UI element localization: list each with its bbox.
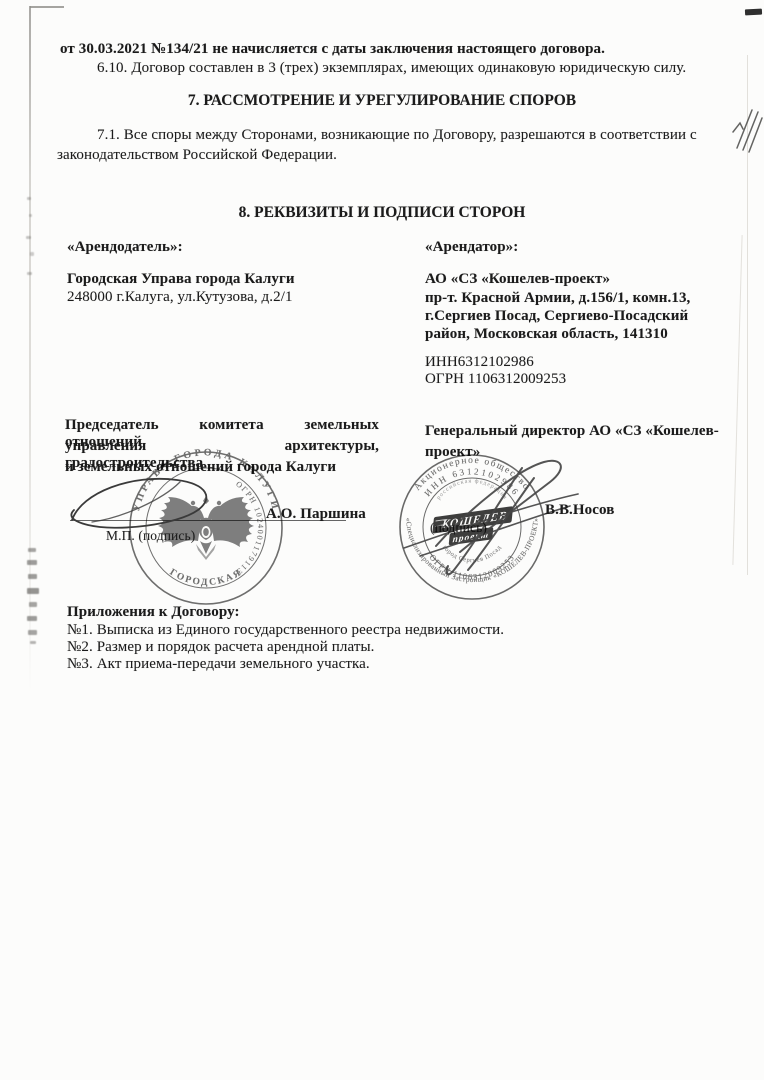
scan-smudge — [27, 588, 39, 594]
scan-smudge — [28, 630, 37, 635]
scanned-contract-page: от 30.03.2021 №134/21 не начисляется с д… — [0, 0, 764, 1080]
scan-smudge — [30, 252, 34, 256]
scan-smudge — [28, 574, 37, 579]
scan-faint-crease — [732, 235, 742, 565]
koshelev-seal-city-text: город Сергиев Посад — [441, 544, 503, 564]
section-8-heading: 8. РЕКВИЗИТЫ И ПОДПИСИ СТОРОН — [35, 204, 729, 222]
svg-text:город Сергиев Посад: город Сергиев Посад — [441, 544, 503, 564]
scan-smudge — [27, 197, 31, 200]
lessor-seal-note: М.П. (подпись) — [106, 528, 195, 544]
scan-smudge — [29, 214, 32, 217]
scan-corner-mark — [745, 9, 762, 16]
scan-smudge — [27, 560, 37, 565]
svg-text:ГОРОДСКАЯ: ГОРОДСКАЯ — [168, 568, 245, 588]
lessee-ogrn: ОГРН 1106312009253 — [425, 371, 566, 388]
clause-6-10: 6.10. Договор составлен в 3 (трех) экзем… — [97, 60, 686, 77]
lessee-signer-title-line: Генеральный директор АО «СЗ «Кошелев- — [425, 423, 719, 440]
lessee-name: АО «СЗ «Кошелев-проект» — [425, 271, 610, 288]
attachment-item-2: №2. Размер и порядок расчета арендной пл… — [67, 639, 375, 656]
intro-line: от 30.03.2021 №134/21 не начисляется с д… — [60, 41, 605, 58]
lessor-handwritten-signature — [62, 470, 237, 534]
lessee-inn: ИНН6312102986 — [425, 354, 534, 371]
scan-smudge — [27, 272, 32, 275]
attachment-item-1: №1. Выписка из Единого государственного … — [67, 622, 504, 639]
koshelev-round-seal: Акционерное общество «Специализированный… — [392, 450, 607, 605]
scan-smudge — [30, 641, 36, 644]
scan-smudge — [27, 616, 37, 621]
section-7-heading: 7. РАССМОТРЕНИЕ И УРЕГУЛИРОВАНИЕ СПОРОВ — [35, 92, 729, 110]
lessee-address-line: пр-т. Красной Армии, д.156/1, комн.13, — [425, 290, 690, 307]
clause-7-1-line-1: 7.1. Все споры между Сторонами, возникаю… — [97, 127, 697, 144]
clause-7-1-line-2: законодательством Российской Федерации. — [57, 147, 337, 164]
lessor-name: Городская Управа города Калуги — [67, 271, 295, 288]
lessor-label: «Арендодатель»: — [67, 239, 183, 256]
lessee-address-line: район, Московская область, 141310 — [425, 326, 668, 343]
lessee-signer-name: В.В.Носов — [545, 502, 614, 519]
kaluga-seal-ring-bottom-text: ГОРОДСКАЯ — [168, 568, 245, 588]
lessor-signer-name: А.О. Паршина — [266, 506, 366, 523]
handwritten-initials-marks — [731, 102, 763, 154]
lessee-label: «Арендатор»: — [425, 239, 518, 256]
attachments-heading: Приложения к Договору: — [67, 604, 240, 621]
lessor-address: 248000 г.Калуга, ул.Кутузова, д.2/1 — [67, 289, 293, 306]
koshelev-seal-ogrn-text: ОГРН 1106312009253 — [427, 552, 516, 582]
scan-smudge — [26, 236, 31, 239]
attachment-item-3: №3. Акт приема-передачи земельного участ… — [67, 656, 370, 673]
scan-smudge — [29, 602, 37, 607]
lessee-address-line: г.Сергиев Посад, Сергиево-Посадский — [425, 308, 688, 325]
scan-fold-line-top — [30, 6, 64, 8]
svg-text:ОГРН 1106312009253: ОГРН 1106312009253 — [427, 552, 516, 582]
scan-smudge — [28, 548, 36, 552]
